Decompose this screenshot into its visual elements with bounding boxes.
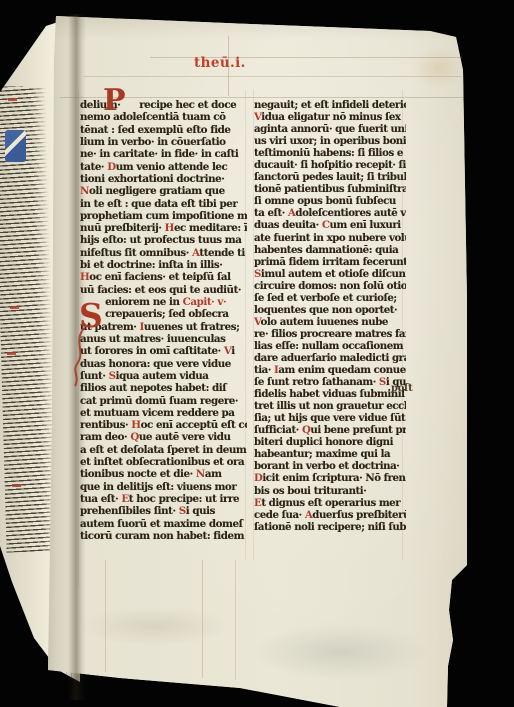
- text-line: lium in verbo· in cōuerſatio: [80, 136, 247, 148]
- text-line: tēnat : ſed exemplū eſto fide: [80, 124, 247, 136]
- text-line: cat primū domū ſuam regere·: [80, 395, 247, 407]
- text-line: ticorū curam non habet: fidem: [80, 530, 247, 542]
- text-line: us viri uxor; in operibus bonis: [254, 135, 406, 147]
- text-line: prehenſibiles ſint· Si quis: [80, 505, 247, 517]
- text-line: ram deo· Que autē vere vidu: [80, 431, 247, 443]
- ruling-line-lower-2: [202, 560, 203, 678]
- photo-background: theū.i. delium· recipe hec et docenemo a…: [0, 0, 514, 707]
- text-line: Hoc enī faciens· et teipſū ſal: [80, 271, 247, 283]
- text-line: lias eſſe: nullam occaſionem: [254, 340, 406, 352]
- text-line: in te eſt : que data eſt tibi per: [80, 198, 247, 210]
- text-line: fidelis habet viduas ſubminiſ: [254, 388, 406, 400]
- previous-page-rubric-mark: [12, 484, 21, 487]
- text-line: prophetiam cum impoſitione ma: [80, 210, 247, 222]
- previous-page-blue-initial: [5, 130, 26, 162]
- text-line: duas honora: que vere vidue: [80, 358, 247, 370]
- text-line: Volo autem iuuenes nube: [254, 316, 406, 328]
- text-line: primā fidem irritam fecerunt·: [254, 256, 406, 268]
- text-line: aginta annorū· que fuerit uni: [254, 123, 406, 135]
- previous-page-rubric-mark: [7, 352, 16, 355]
- text-line: ate fuerint in xpo nubere volūt:: [254, 232, 406, 244]
- text-line: Noli negligere gratiam que: [80, 185, 247, 197]
- text-line: habentes damnationē: quia: [254, 244, 406, 256]
- initial-p-precipe: P: [103, 86, 126, 116]
- text-line: ne· in caritate· in fide· in caſti: [80, 148, 247, 160]
- text-line: et mutuam vicem reddere pa: [80, 407, 247, 419]
- text-line: a eſt et deſolata ſperet in deum:: [80, 444, 247, 456]
- text-line: tret illis ut non grauetur eccle: [254, 400, 406, 412]
- text-line: tioni exhortationi doctrine·: [80, 173, 247, 185]
- text-line: ſunt· Siqua autem vidua: [80, 370, 247, 382]
- text-line: anus ut matres· iuuenculas: [80, 333, 247, 345]
- text-line: ducauit· ſi hoſpitio recepit· ſi: [254, 159, 406, 171]
- text-line: eniorem ne in Capit· v·: [80, 296, 247, 308]
- text-column-right: negauit; et eſt infideli deterior·Vidua …: [254, 99, 406, 533]
- text-line: circuire domos: non ſolū otio: [254, 280, 406, 292]
- text-line: crepaueris; ſed obſecra: [80, 308, 247, 320]
- text-line: duas deuita· Cum enī luxuri: [254, 219, 406, 231]
- text-line: ſi omne opus bonū ſubſecu: [254, 195, 406, 207]
- text-line: ſe ſed et verboſe et curioſe;: [254, 292, 406, 304]
- text-line: bis os boui trituranti·: [254, 485, 406, 497]
- text-line: Simul autem et otioſe diſcunt: [254, 268, 406, 280]
- text-line: nifeſtus ſit omnibus· Attende ti: [80, 247, 247, 259]
- text-line: ſe ſunt retro ſathanam· Si quis: [254, 376, 406, 388]
- text-line: ſufficiat· Qui bene preſunt preſ: [254, 424, 406, 436]
- ruling-line-lower-1: [105, 560, 106, 672]
- text-line: rentibus· Hoc enī acceptū eſt co: [80, 419, 247, 431]
- ruling-line-header: [84, 76, 462, 77]
- text-line: ſia; ut hijs que vere vidue ſūt: [254, 412, 406, 424]
- text-line: uū facies: et eos qui te audiūt·: [80, 284, 247, 296]
- text-line: negauit; et eſt infideli deterior·: [254, 99, 406, 111]
- text-line: Et dignus eſt operarius mer: [254, 497, 406, 509]
- text-line: teſtimoniū habens: ſi filios e: [254, 147, 406, 159]
- text-line: tua eſt· Et hoc precipe: ut irre: [80, 493, 247, 505]
- text-line: filios aut nepotes habet: diſ: [80, 382, 247, 394]
- text-line: tia· Iam enim quedam conuer: [254, 364, 406, 376]
- text-line: ut ſorores in omī caſtitate· Vi: [80, 345, 247, 357]
- text-line: tionē patientibus ſubminiſtrauit·: [254, 183, 406, 195]
- text-line: loquentes que non oportet·: [254, 304, 406, 316]
- text-line: bi et doctrine: inſta in illis·: [80, 259, 247, 271]
- text-line: re· filios procreare matres fami: [254, 328, 406, 340]
- running-title: theū.i.: [194, 55, 246, 71]
- previous-page-rubric-mark: [10, 306, 19, 309]
- text-line: tate· Dum venio attende lec: [80, 161, 247, 173]
- ruling-line-lower-3: [235, 560, 236, 680]
- text-line: dare aduerſario maledicti gra: [254, 352, 406, 364]
- text-line: Dicit enim ſcriptura· Nō frena: [254, 472, 406, 484]
- text-line: ta eſt· Adoleſcentiores autē vi: [254, 207, 406, 219]
- text-line: habeantur; maxime qui la: [254, 448, 406, 460]
- text-line: et inſtet obſecrationibus et ora: [80, 456, 247, 468]
- previous-page-rubric-mark: [8, 98, 17, 101]
- text-line: biteri duplici honore digni: [254, 436, 406, 448]
- text-line: que in delitijs eſt: viuens mor: [80, 481, 247, 493]
- text-line: Vidua eligatur nō minus ſex: [254, 111, 406, 123]
- text-line: ſationē noli recipere; niſi ſub: [254, 521, 406, 533]
- initial-s-flourish: [68, 326, 92, 388]
- text-line: autem ſuorū et maxime domeſ: [80, 518, 247, 530]
- text-line: ut patrem· Iuuenes ut fratres;: [80, 321, 247, 333]
- text-line: cede ſua· Aduerſus preſbiterū accu: [254, 509, 406, 521]
- text-line: nuū preſbiterij· Hec meditare: ī: [80, 222, 247, 234]
- text-line: hijs eſto: ut profectus tuus ma: [80, 234, 247, 246]
- text-line: ſanctorū pedes lauit; ſi tribula: [254, 171, 406, 183]
- text-column-left: delium· recipe hec et docenemo adoleſcen…: [80, 99, 247, 542]
- text-line: tionibus nocte et die· Nam: [80, 468, 247, 480]
- margin-note-post: poſt: [391, 383, 412, 394]
- text-line: borant in verbo et doctrina·: [254, 460, 406, 472]
